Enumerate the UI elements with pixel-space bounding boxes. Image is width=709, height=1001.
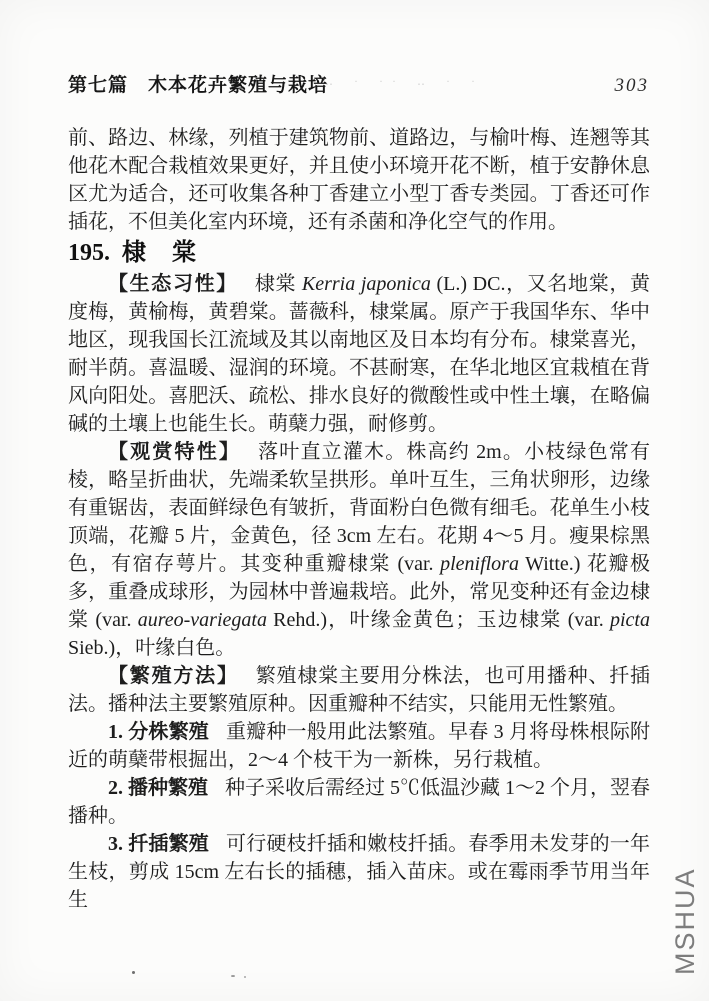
chapter-title: 第七篇 木本花卉繁殖与栽培 — [68, 70, 328, 97]
latin-name-picta: picta — [610, 609, 650, 631]
section-heading: 195.棣 棠 — [68, 236, 650, 270]
latin-name-aureo: aureo- — [138, 609, 191, 631]
propagation-label: 【繁殖方法】 — [108, 665, 239, 687]
scan-speck — [244, 976, 246, 978]
ornamental-text-cont2: Rehd.)，叶缘金黄色；玉边棣棠 (var. — [267, 609, 610, 631]
ecology-text: 棣棠 — [255, 273, 302, 295]
latin-name-pleniflora: pleniflora — [440, 553, 519, 575]
propagation-paragraph: 【繁殖方法】繁殖棣棠主要用分株法，也可用播种、扦插法。播种法主要繁殖原种。因重瓣… — [68, 662, 650, 718]
section-number: 195. — [68, 240, 110, 266]
scan-speck — [132, 971, 135, 974]
intro-paragraph: 前、路边、林缘，列植于建筑物前、道路边，与榆叶梅、连翘等其他花木配合栽植效果更好… — [68, 124, 650, 236]
latin-name-kerria: Kerria japonica — [302, 273, 431, 295]
ornamental-paragraph: 【观赏特性】落叶直立灌木。株高约 2m。小枝绿色常有棱，略呈折曲状，先端柔软呈拱… — [68, 438, 650, 662]
ecology-text-cont: (L.) DC.，又名地棠，黄度梅，黄榆梅，黄碧棠。蔷薇科，棣棠属。原产于我国华… — [68, 273, 650, 435]
propagation-item-seeding: 2. 播种繁殖种子采收后需经过 5℃低温沙藏 1～2 个月，翌春播种。 — [68, 774, 650, 830]
ornamental-label: 【观赏特性】 — [108, 441, 241, 463]
ecology-label: 【生态习性】 — [108, 273, 238, 295]
scanned-book-page: 第七篇 木本花卉繁殖与栽培 303 · ‥ · ·· ‥ · · 前、路边、林缘… — [0, 0, 709, 1001]
scan-speck — [231, 975, 235, 977]
page-number: 303 — [615, 75, 650, 97]
watermark-mshua: MSHUA — [670, 875, 698, 975]
propagation-item-cutting: 3. 扦插繁殖可行硬枝扦插和嫩枝扦插。春季用未发芽的一年生枝，剪成 15cm 左… — [68, 830, 650, 914]
ecology-paragraph: 【生态习性】棣棠 Kerria japonica (L.) DC.，又名地棠，黄… — [68, 270, 650, 438]
page-body: 前、路边、林缘，列植于建筑物前、道路边，与榆叶梅、连翘等其他花木配合栽植效果更好… — [68, 124, 650, 914]
scan-smudge: · ‥ · ·· ‥ · · — [300, 74, 550, 89]
section-title: 棣 棠 — [122, 240, 197, 266]
item-label-division: 1. 分株繁殖 — [108, 721, 209, 743]
item-label-cutting: 3. 扦插繁殖 — [108, 833, 209, 855]
latin-name-variegata: variegata — [190, 609, 267, 631]
item-label-seeding: 2. 播种繁殖 — [108, 777, 208, 799]
ornamental-text-cont3: Sieb.)，叶缘白色。 — [68, 637, 235, 659]
propagation-item-division: 1. 分株繁殖重瓣种一般用此法繁殖。早春 3 月将母株根际附近的萌蘖带根掘出，2… — [68, 718, 650, 774]
